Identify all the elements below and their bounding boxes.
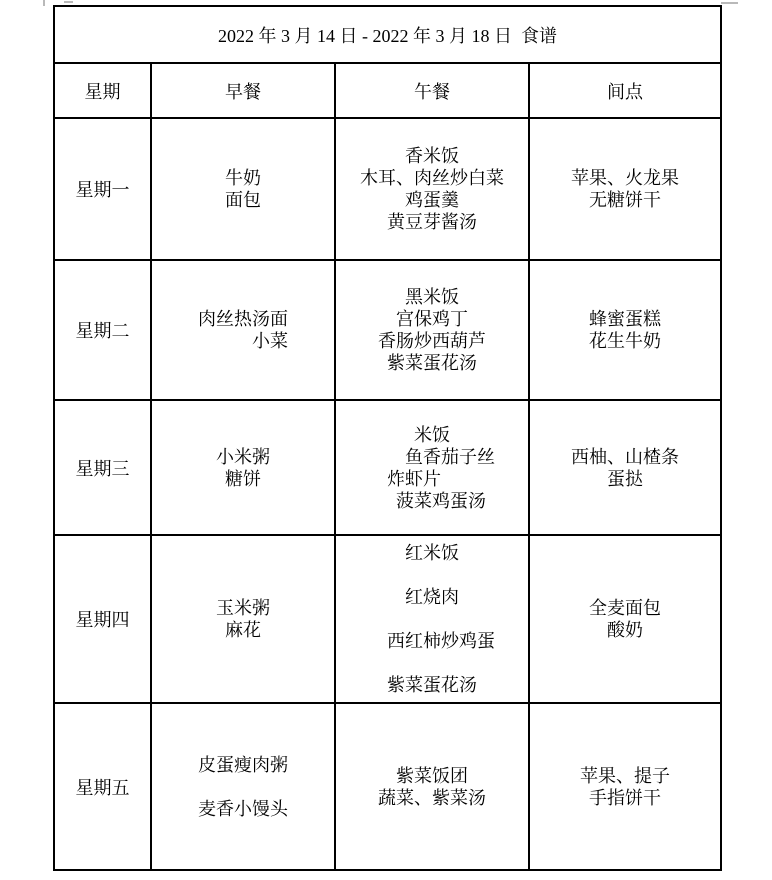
menu-item-line: 无糖饼干 <box>530 189 720 211</box>
snack-cell: 西柚、山楂条蛋挞 <box>529 400 721 535</box>
menu-item-line <box>336 564 528 586</box>
menu-item-line: 小米粥 <box>152 446 334 468</box>
menu-item-line: 鱼香茄子丝 <box>336 446 528 468</box>
day-cell: 星期三 <box>54 400 151 535</box>
menu-item-line: 红烧肉 <box>336 586 528 608</box>
header-row: 星期 早餐 午餐 间点 <box>54 63 721 118</box>
menu-item-line: 牛奶 <box>152 167 334 189</box>
lunch-cell: 米饭 鱼香茄子丝炸虾片 菠菜鸡蛋汤 <box>335 400 529 535</box>
table-title: 2022 年 3 月 14 日 - 2022 年 3 月 18 日 食谱 <box>54 6 721 63</box>
menu-item-line: 西柚、山楂条 <box>530 446 720 468</box>
menu-item-line: 全麦面包 <box>530 597 720 619</box>
menu-item-line: 皮蛋瘦肉粥 <box>152 754 334 776</box>
menu-item-line: 麻花 <box>152 619 334 641</box>
menu-item-line: 花生牛奶 <box>530 330 720 352</box>
day-cell: 星期一 <box>54 118 151 260</box>
menu-item-line: 紫菜蛋花汤 <box>336 352 528 374</box>
menu-item-line: 小菜 <box>152 330 334 352</box>
menu-item-line <box>336 608 528 630</box>
menu-item-line: 面包 <box>152 189 334 211</box>
menu-item-line: 紫菜蛋花汤 <box>336 674 528 696</box>
header-snack: 间点 <box>529 63 721 118</box>
menu-item-line: 麦香小馒头 <box>152 798 334 820</box>
menu-item-line: 炸虾片 <box>336 468 528 490</box>
menu-item-line: 手指饼干 <box>530 787 720 809</box>
menu-row: 星期一牛奶面包香米饭木耳、肉丝炒白菜鸡蛋羹黄豆芽酱汤苹果、火龙果无糖饼干 <box>54 118 721 260</box>
breakfast-cell: 玉米粥麻花 <box>151 535 335 703</box>
lunch-cell: 紫菜饭团蔬菜、紫菜汤 <box>335 703 529 870</box>
title-row: 2022 年 3 月 14 日 - 2022 年 3 月 18 日 食谱 <box>54 6 721 63</box>
menu-item-line: 蜂蜜蛋糕 <box>530 308 720 330</box>
menu-item-line: 宫保鸡丁 <box>336 308 528 330</box>
snack-cell: 全麦面包酸奶 <box>529 535 721 703</box>
menu-item-line <box>336 652 528 674</box>
menu-row: 星期二肉丝热汤面 小菜黑米饭宫保鸡丁香肠炒西葫芦紫菜蛋花汤蜂蜜蛋糕花生牛奶 <box>54 260 721 400</box>
menu-item-line: 蛋挞 <box>530 468 720 490</box>
menu-item-line: 苹果、火龙果 <box>530 167 720 189</box>
menu-table: 2022 年 3 月 14 日 - 2022 年 3 月 18 日 食谱 星期 … <box>53 5 722 871</box>
boundary-tick-right-horizontal <box>721 2 738 4</box>
snack-cell: 苹果、提子手指饼干 <box>529 703 721 870</box>
breakfast-cell: 牛奶面包 <box>151 118 335 260</box>
day-cell: 星期五 <box>54 703 151 870</box>
menu-item-line: 糖饼 <box>152 468 334 490</box>
menu-item-line: 黑米饭 <box>336 286 528 308</box>
menu-item-line: 米饭 <box>336 424 528 446</box>
header-lunch: 午餐 <box>335 63 529 118</box>
lunch-cell: 红米饭红烧肉 西红柿炒鸡蛋紫菜蛋花汤 <box>335 535 529 703</box>
boundary-tick-left-horizontal <box>64 1 73 3</box>
menu-item-line: 香肠炒西葫芦 <box>336 330 528 352</box>
header-day: 星期 <box>54 63 151 118</box>
menu-row: 星期三小米粥糖饼米饭 鱼香茄子丝炸虾片 菠菜鸡蛋汤西柚、山楂条蛋挞 <box>54 400 721 535</box>
menu-item-line: 紫菜饭团 <box>336 765 528 787</box>
header-breakfast: 早餐 <box>151 63 335 118</box>
menu-item-line: 肉丝热汤面 <box>152 308 334 330</box>
lunch-cell: 黑米饭宫保鸡丁香肠炒西葫芦紫菜蛋花汤 <box>335 260 529 400</box>
boundary-tick-left-vertical <box>43 0 45 6</box>
menu-item-line: 西红柿炒鸡蛋 <box>336 630 528 652</box>
menu-item-line: 菠菜鸡蛋汤 <box>336 490 528 512</box>
day-cell: 星期四 <box>54 535 151 703</box>
lunch-cell: 香米饭木耳、肉丝炒白菜鸡蛋羹黄豆芽酱汤 <box>335 118 529 260</box>
menu-table-body: 2022 年 3 月 14 日 - 2022 年 3 月 18 日 食谱 星期 … <box>54 6 721 870</box>
breakfast-cell: 小米粥糖饼 <box>151 400 335 535</box>
menu-row: 星期五皮蛋瘦肉粥麦香小馒头紫菜饭团蔬菜、紫菜汤苹果、提子手指饼干 <box>54 703 721 870</box>
breakfast-cell: 皮蛋瘦肉粥麦香小馒头 <box>151 703 335 870</box>
menu-page: 2022 年 3 月 14 日 - 2022 年 3 月 18 日 食谱 星期 … <box>0 0 772 880</box>
snack-cell: 苹果、火龙果无糖饼干 <box>529 118 721 260</box>
menu-item-line: 香米饭 <box>336 145 528 167</box>
menu-item-line: 红米饭 <box>336 542 528 564</box>
menu-item-line: 黄豆芽酱汤 <box>336 211 528 233</box>
menu-item-line: 玉米粥 <box>152 597 334 619</box>
breakfast-cell: 肉丝热汤面 小菜 <box>151 260 335 400</box>
snack-cell: 蜂蜜蛋糕花生牛奶 <box>529 260 721 400</box>
menu-item-line: 木耳、肉丝炒白菜 <box>336 167 528 189</box>
day-cell: 星期二 <box>54 260 151 400</box>
menu-item-line: 苹果、提子 <box>530 765 720 787</box>
menu-item-line: 酸奶 <box>530 619 720 641</box>
menu-item-line <box>152 776 334 798</box>
menu-item-line: 鸡蛋羹 <box>336 189 528 211</box>
menu-item-line: 蔬菜、紫菜汤 <box>336 787 528 809</box>
menu-row: 星期四玉米粥麻花红米饭红烧肉 西红柿炒鸡蛋紫菜蛋花汤全麦面包酸奶 <box>54 535 721 703</box>
